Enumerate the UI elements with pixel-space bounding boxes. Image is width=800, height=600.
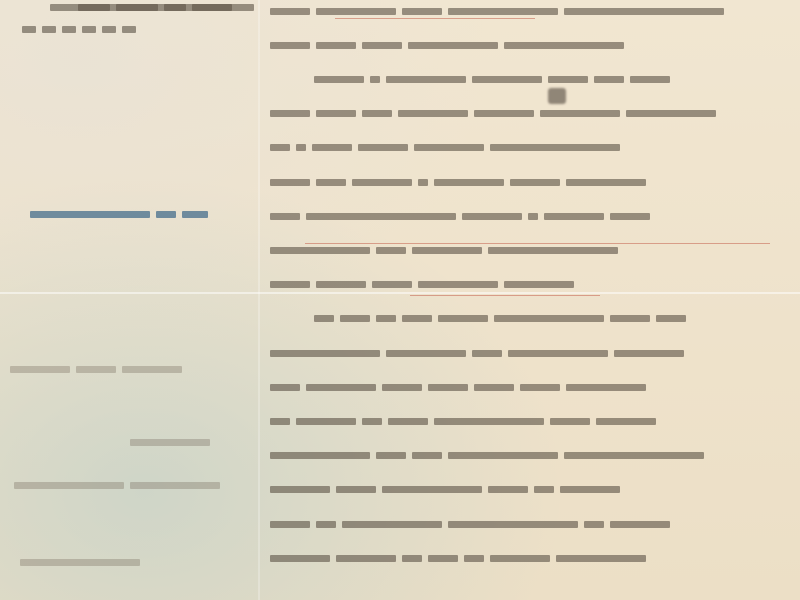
text-word <box>316 521 336 528</box>
text-word <box>270 350 380 357</box>
text-word <box>82 26 96 33</box>
text-word <box>270 555 330 562</box>
text-word <box>362 110 392 117</box>
text-word <box>270 521 310 528</box>
text-word <box>584 521 604 528</box>
margin-note-line <box>30 207 214 221</box>
text-word <box>534 486 554 493</box>
text-word <box>270 144 290 151</box>
body-text-line <box>270 175 652 189</box>
fold-crease <box>0 292 800 294</box>
text-word <box>614 350 684 357</box>
ink-smudge <box>548 88 566 104</box>
red-underline <box>305 243 770 244</box>
body-text-line <box>270 38 630 52</box>
text-word <box>566 384 646 391</box>
text-word <box>610 315 650 322</box>
text-word <box>438 315 488 322</box>
red-underline <box>335 18 535 19</box>
body-text-line <box>270 517 676 531</box>
text-word <box>508 350 608 357</box>
text-word <box>402 8 442 15</box>
fold-crease-vertical <box>258 0 260 600</box>
text-word <box>564 8 724 15</box>
text-word <box>656 315 686 322</box>
text-word <box>42 26 56 33</box>
text-word <box>412 452 442 459</box>
text-word <box>362 418 382 425</box>
text-word <box>296 144 306 151</box>
text-word <box>386 76 466 83</box>
text-word <box>22 26 36 33</box>
red-underline <box>410 295 600 296</box>
text-word <box>560 486 620 493</box>
text-word <box>418 179 428 186</box>
text-word <box>490 144 620 151</box>
handwritten-annotation <box>20 555 146 569</box>
body-text-line <box>270 243 624 257</box>
text-word <box>388 418 428 425</box>
text-word <box>270 179 310 186</box>
text-word <box>122 366 182 373</box>
handwritten-annotation <box>10 362 188 376</box>
text-word <box>270 281 310 288</box>
body-text-line <box>270 551 652 565</box>
text-word <box>164 4 254 11</box>
text-word <box>352 179 412 186</box>
text-word <box>548 76 588 83</box>
text-word <box>610 213 650 220</box>
text-word <box>504 281 574 288</box>
text-word <box>270 452 370 459</box>
text-word <box>336 486 376 493</box>
text-word <box>30 211 150 218</box>
body-text-line <box>314 312 692 326</box>
text-word <box>316 281 366 288</box>
text-word <box>472 350 502 357</box>
text-word <box>372 281 412 288</box>
text-word <box>340 315 370 322</box>
body-text-line <box>270 380 652 394</box>
text-word <box>520 384 560 391</box>
text-word <box>376 452 406 459</box>
text-word <box>306 213 456 220</box>
text-word <box>14 482 124 489</box>
text-word <box>130 482 220 489</box>
text-word <box>544 213 604 220</box>
text-word <box>398 110 468 117</box>
body-text-line <box>270 414 662 428</box>
text-word <box>314 315 334 322</box>
text-word <box>78 4 158 11</box>
text-word <box>488 247 618 254</box>
text-word <box>556 555 646 562</box>
body-text-line <box>270 209 656 223</box>
text-word <box>412 247 482 254</box>
letterhead-line <box>22 22 142 36</box>
text-word <box>270 42 310 49</box>
text-word <box>490 555 550 562</box>
text-word <box>342 521 442 528</box>
text-word <box>270 247 370 254</box>
text-word <box>408 42 498 49</box>
text-word <box>474 110 534 117</box>
text-word <box>10 366 70 373</box>
text-word <box>494 315 604 322</box>
text-word <box>316 42 356 49</box>
text-word <box>316 8 396 15</box>
text-word <box>316 110 356 117</box>
text-word <box>472 76 542 83</box>
text-word <box>594 76 624 83</box>
body-text-line <box>270 107 722 121</box>
text-word <box>402 315 432 322</box>
text-word <box>434 418 544 425</box>
text-word <box>306 384 376 391</box>
text-word <box>414 144 484 151</box>
text-word <box>270 8 310 15</box>
text-word <box>510 179 560 186</box>
text-word <box>630 76 670 83</box>
body-text-line <box>270 346 690 360</box>
text-word <box>448 8 558 15</box>
text-word <box>504 42 624 49</box>
body-text-line <box>270 278 580 292</box>
text-word <box>448 521 578 528</box>
body-text-line <box>270 4 730 18</box>
text-word <box>62 26 76 33</box>
text-word <box>122 26 136 33</box>
text-word <box>418 281 498 288</box>
body-text-line <box>270 449 710 463</box>
body-text-line <box>270 141 626 155</box>
text-word <box>182 211 208 218</box>
text-word <box>462 213 522 220</box>
text-word <box>370 76 380 83</box>
text-word <box>596 418 656 425</box>
text-word <box>626 110 716 117</box>
text-word <box>270 418 290 425</box>
text-word <box>20 559 140 566</box>
body-text-line <box>270 483 626 497</box>
text-word <box>358 144 408 151</box>
text-word <box>296 418 356 425</box>
text-word <box>382 384 422 391</box>
text-word <box>540 110 620 117</box>
text-word <box>376 315 396 322</box>
letterhead-line <box>78 0 260 14</box>
text-word <box>314 76 364 83</box>
text-word <box>102 26 116 33</box>
text-word <box>464 555 484 562</box>
text-word <box>528 213 538 220</box>
text-word <box>382 486 482 493</box>
body-text-line <box>314 72 676 86</box>
text-word <box>270 213 300 220</box>
text-word <box>312 144 352 151</box>
handwritten-annotation <box>130 435 216 449</box>
text-word <box>270 110 310 117</box>
text-word <box>402 555 422 562</box>
text-word <box>336 555 396 562</box>
text-word <box>270 384 300 391</box>
text-word <box>566 179 646 186</box>
text-word <box>488 486 528 493</box>
text-word <box>428 555 458 562</box>
text-word <box>564 452 704 459</box>
text-word <box>130 439 210 446</box>
text-word <box>434 179 504 186</box>
text-word <box>386 350 466 357</box>
text-word <box>428 384 468 391</box>
text-word <box>610 521 670 528</box>
text-word <box>76 366 116 373</box>
document-page <box>0 0 800 600</box>
text-word <box>362 42 402 49</box>
text-word <box>448 452 558 459</box>
text-word <box>270 486 330 493</box>
text-word <box>550 418 590 425</box>
text-word <box>474 384 514 391</box>
text-word <box>316 179 346 186</box>
handwritten-annotation <box>14 478 226 492</box>
text-word <box>376 247 406 254</box>
text-word <box>156 211 176 218</box>
